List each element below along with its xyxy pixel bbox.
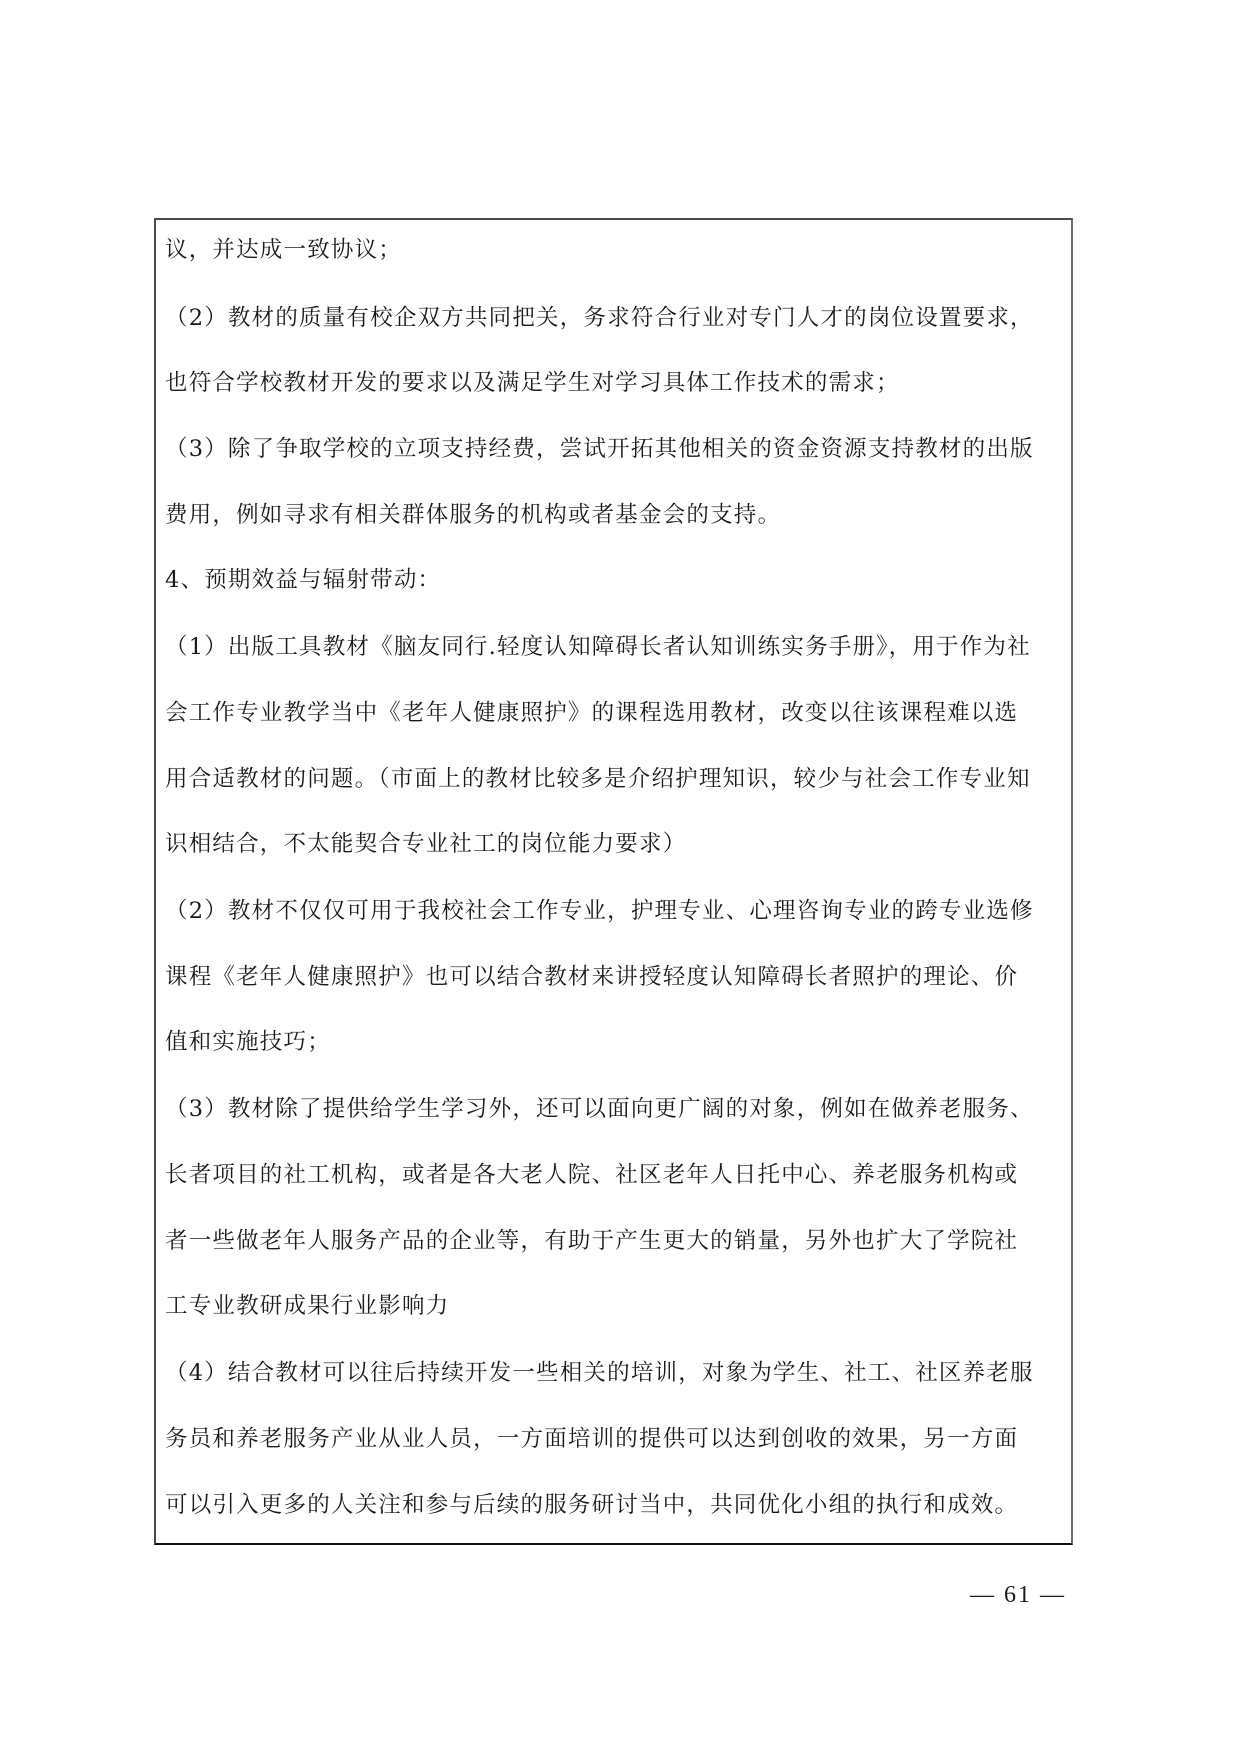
text-line: （2）教材的质量有校企双方共同把关，务求符合行业对专门人才的岗位设置要求， (165, 303, 1070, 333)
text-line: （3）教材除了提供给学生学习外，还可以面向更广阔的对象，例如在做养老服务、 (165, 1094, 1070, 1124)
page-number: — 61 — (970, 1582, 1066, 1609)
text-line: 识相结合，不太能契合专业社工的岗位能力要求） (165, 829, 1070, 859)
text-line: 会工作专业教学当中《老年人健康照护》的课程选用教材，改变以往该课程难以选 (165, 698, 1070, 728)
text-line: 务员和养老服务产业从业人员，一方面培训的提供可以达到创收的效果，另一方面 (165, 1424, 1070, 1454)
text-line: 可以引入更多的人关注和参与后续的服务研讨当中，共同优化小组的执行和成效。 (165, 1490, 1070, 1520)
text-line: 者一些做老年人服务产品的企业等，有助于产生更大的销量，另外也扩大了学院社 (165, 1226, 1070, 1256)
text-line: 值和实施技巧； (165, 1027, 1070, 1057)
text-line: （1）出版工具教材《脑友同行.轻度认知障碍长者认知训练实务手册》，用于作为社 (165, 632, 1070, 662)
text-line: 课程《老年人健康照护》也可以结合教材来讲授轻度认知障碍长者照护的理论、价 (165, 962, 1070, 992)
text-line: 工专业教研成果行业影响力 (165, 1291, 1070, 1321)
text-line: （3）除了争取学校的立项支持经费，尝试开拓其他相关的资金资源支持教材的出版 (165, 434, 1070, 464)
content-table-cell (154, 218, 1073, 1545)
text-line: 用合适教材的问题。（市面上的教材比较多是介绍护理知识，较少与社会工作专业知 (165, 764, 1070, 794)
text-line: 费用，例如寻求有相关群体服务的机构或者基金会的支持。 (165, 500, 1070, 530)
text-line: 也符合学校教材开发的要求以及满足学生对学习具体工作技术的需求； (165, 368, 1070, 398)
text-line: 长者项目的社工机构，或者是各大老人院、社区老年人日托中心、养老服务机构或 (165, 1160, 1070, 1190)
text-line: 议，并达成一致协议； (165, 235, 1070, 265)
section-heading: 4、预期效益与辐射带动： (165, 565, 1070, 595)
text-line: （2）教材不仅仅可用于我校社会工作专业，护理专业、心理咨询专业的跨专业选修 (165, 896, 1070, 926)
text-line: （4）结合教材可以往后持续开发一些相关的培训，对象为学生、社工、社区养老服 (165, 1358, 1070, 1388)
